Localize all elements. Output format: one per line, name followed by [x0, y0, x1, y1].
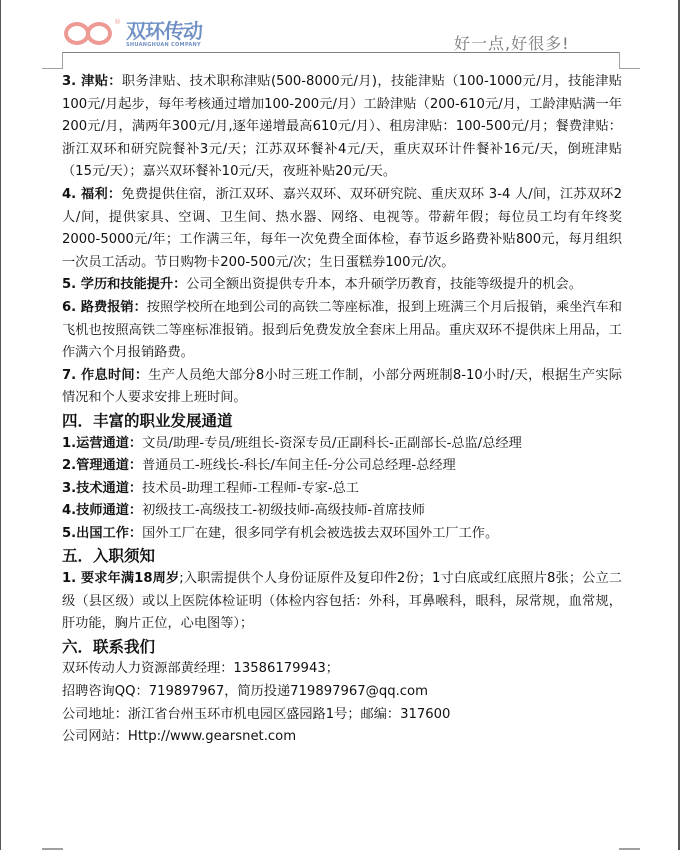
- section-title-onboarding: 五．入职须知: [62, 545, 622, 568]
- item-label: 3. 津贴：: [62, 74, 122, 89]
- item-label: 1.运营通道：: [62, 436, 142, 451]
- document-body: 3. 津贴：职务津贴、技术职称津贴(500-8000元/月)，技能津贴（100-…: [62, 71, 622, 749]
- benefit-travel: 6. 路费报销：按照学校所在地到公司的高铁二等座标准，报到上班满三个月后报销，乘…: [62, 297, 622, 365]
- benefit-welfare: 4. 福利：免费提供住宿，浙江双环、嘉兴双环、双环研究院、重庆双环 3-4 人/…: [62, 184, 622, 274]
- item-text: 普通员工-班线长-科长/车间主任-分公司总经理-总经理: [142, 458, 456, 473]
- header-tick-right: [619, 52, 620, 69]
- logo-name-cn: 双环传动: [126, 20, 202, 42]
- margin-corner-top-left: [42, 68, 63, 69]
- item-text: 国外工厂在建，很多同学有机会被选拔去双环国外工厂工作。: [142, 526, 498, 541]
- item-label: 1. 要求年满18周岁: [62, 571, 179, 586]
- margin-corner-top-right: [619, 68, 640, 69]
- benefit-schedule: 7. 作息时间：生产人员绝大部分8小时三班工作制，小部分两班制8-10小时/天，…: [62, 365, 622, 410]
- item-label: 2.管理通道：: [62, 458, 142, 473]
- item-text: 免费提供住宿，浙江双环、嘉兴双环、双环研究院、重庆双环 3-4 人/间，江苏双环…: [62, 187, 622, 270]
- item-label: 4. 福利：: [62, 187, 121, 202]
- header-divider: [62, 52, 619, 53]
- logo-rings-icon: ®: [62, 20, 120, 46]
- benefit-allowance: 3. 津贴：职务津贴、技术职称津贴(500-8000元/月)，技能津贴（100-…: [62, 71, 622, 184]
- career-item: 1.运营通道：文员/助理-专员/班组长-资深专员/正副科长-正副部长-总监/总经…: [62, 433, 622, 456]
- career-item: 4.技师通道：初级技工-高级技工-初级技师-高级技师-首席技师: [62, 500, 622, 523]
- company-logo: ® 双环传动 SHUANGHUAN COMPANY: [62, 20, 202, 50]
- section-title-career: 四．丰富的职业发展通道: [62, 410, 622, 433]
- contact-phone: 双环传动人力资源部黄经理：13586179943；: [62, 658, 622, 681]
- item-label: 3.技术通道：: [62, 481, 142, 496]
- header-slogan: 好一点,好很多!: [454, 31, 570, 54]
- career-item: 3.技术通道：技术员-助理工程师-工程师-专家-总工: [62, 478, 622, 501]
- contact-website: 公司网站：Http://www.gearsnet.com: [62, 726, 622, 749]
- page-header: ® 双环传动 SHUANGHUAN COMPANY 好一点,好很多!: [0, 0, 680, 70]
- item-label: 4.技师通道：: [62, 503, 142, 518]
- item-text: 技术员-助理工程师-工程师-专家-总工: [142, 481, 359, 496]
- page-border-left: [0, 0, 1, 850]
- contact-qq-email: 招聘咨询QQ：719897967，简历投递719897967@qq.com: [62, 681, 622, 704]
- item-label: 6. 路费报销：: [62, 300, 147, 315]
- career-item: 2.管理通道：普通员工-班线长-科长/车间主任-分公司总经理-总经理: [62, 455, 622, 478]
- benefit-education: 5. 学历和技能提升：公司全额出资提供专升本，本升硕学历教育，技能等级提升的机会…: [62, 274, 622, 297]
- onboarding-item: 1. 要求年满18周岁;入职需提供个人身份证原件及复印件2份；1寸白底或红底照片…: [62, 568, 622, 636]
- contact-address: 公司地址：浙江省台州玉环市机电园区盛园路1号；邮编：317600: [62, 704, 622, 727]
- item-text: 公司全额出资提供专升本，本升硕学历教育，技能等级提升的机会。: [186, 277, 582, 292]
- item-text: 职务津贴、技术职称津贴(500-8000元/月)，技能津贴（100-1000元/…: [62, 74, 622, 179]
- section-title-contact: 六．联系我们: [62, 636, 622, 659]
- item-text: 初级技工-高级技工-初级技师-高级技师-首席技师: [142, 503, 425, 518]
- item-text: 文员/助理-专员/班组长-资深专员/正副科长-正副部长-总监/总经理: [142, 436, 522, 451]
- item-label: 5. 学历和技能提升：: [62, 277, 186, 292]
- registered-mark: ®: [114, 18, 121, 26]
- item-label: 5.出国工作：: [62, 526, 142, 541]
- logo-name-en: SHUANGHUAN COMPANY: [126, 42, 202, 49]
- career-item: 5.出国工作：国外工厂在建，很多同学有机会被选拔去双环国外工厂工作。: [62, 523, 622, 546]
- item-label: 7. 作息时间：: [62, 368, 148, 383]
- item-text: 按照学校所在地到公司的高铁二等座标准，报到上班满三个月后报销，乘坐汽车和飞机也按…: [62, 300, 622, 360]
- header-tick-left: [62, 52, 63, 69]
